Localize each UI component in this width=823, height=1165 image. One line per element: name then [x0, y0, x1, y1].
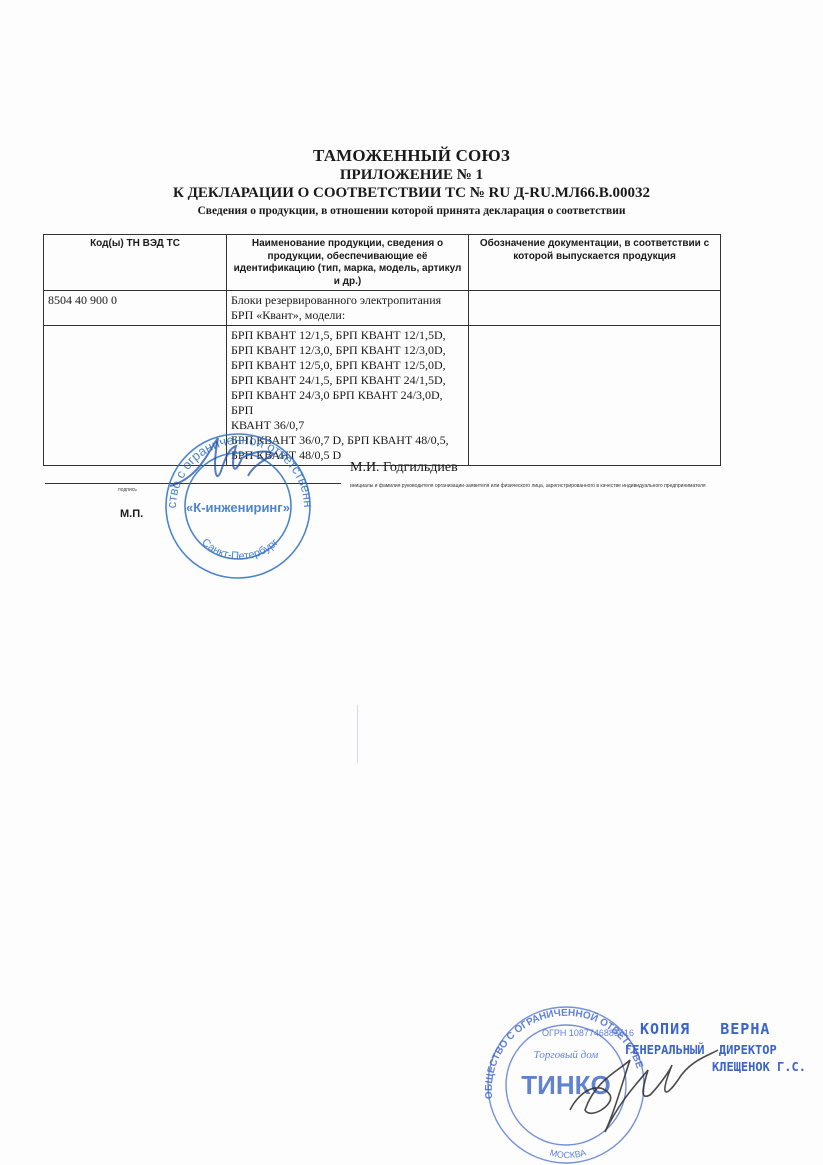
- signature-label: подпись: [118, 487, 137, 493]
- cell-docs: [469, 291, 721, 326]
- company-stamp-icon: Общество с ограниченной ответственностью…: [160, 428, 320, 588]
- scan-artifact: [357, 705, 358, 763]
- handwritten-signature-icon: [560, 1040, 720, 1140]
- column-header-code: Код(ы) ТН ВЭД ТС: [44, 235, 227, 291]
- svg-text:МОСКВА: МОСКВА: [549, 1147, 587, 1160]
- union-title: ТАМОЖЕННЫЙ СОЮЗ: [0, 146, 823, 166]
- seal-label: М.П.: [120, 508, 143, 520]
- model-line: БРП КВАНТ 12/1,5, БРП КВАНТ 12/1,5D,: [231, 328, 464, 343]
- svg-text:Санкт-Петербург: Санкт-Петербург: [199, 536, 281, 562]
- cell-docs: [469, 326, 721, 466]
- declaration-title: К ДЕКЛАРАЦИИ О СООТВЕТСТВИИ ТС № RU Д-RU…: [0, 185, 823, 202]
- signer-name: М.И. Годгильдиев: [350, 460, 458, 476]
- table-header-row: Код(ы) ТН ВЭД ТС Наименование продукции,…: [44, 235, 721, 291]
- column-header-docs: Обозначение документации, в соответствии…: [469, 235, 721, 291]
- copy-certified-text: КОПИЯ ВЕРНА: [640, 1020, 770, 1038]
- subtitle: Сведения о продукции, в отношении которо…: [0, 205, 823, 217]
- cell-name: Блоки резервированного электропитания БР…: [227, 291, 469, 326]
- products-table: Код(ы) ТН ВЭД ТС Наименование продукции,…: [43, 234, 721, 466]
- signer-description: инициалы и фамилия руководителя организа…: [350, 483, 720, 490]
- svg-text:ОГРН 1087746885516: ОГРН 1087746885516: [542, 1028, 634, 1038]
- model-line: БРП КВАНТ 12/3,0, БРП КВАНТ 12/3,0D,: [231, 343, 464, 358]
- column-header-name: Наименование продукции, сведения о проду…: [227, 235, 469, 291]
- svg-text:«К-инжениринг»: «К-инжениринг»: [186, 500, 290, 515]
- model-line: БРП КВАНТ 24/3,0 БРП КВАНТ 24/3,0D, БРП: [231, 388, 464, 418]
- table-row: БРП КВАНТ 12/1,5, БРП КВАНТ 12/1,5D, БРП…: [44, 326, 721, 466]
- svg-text:Общество с ограниченной ответс: Общество с ограниченной ответственностью: [160, 428, 316, 509]
- director-name-text: КЛЕЩЕНОК Г.С.: [712, 1060, 806, 1074]
- appendix-title: ПРИЛОЖЕНИЕ № 1: [0, 167, 823, 184]
- table-row: 8504 40 900 0 Блоки резервированного эле…: [44, 291, 721, 326]
- cell-code: 8504 40 900 0: [44, 291, 227, 326]
- model-line: БРП КВАНТ 12/5,0, БРП КВАНТ 12/5,0D,: [231, 358, 464, 373]
- model-line: БРП КВАНТ 24/1,5, БРП КВАНТ 24/1,5D,: [231, 373, 464, 388]
